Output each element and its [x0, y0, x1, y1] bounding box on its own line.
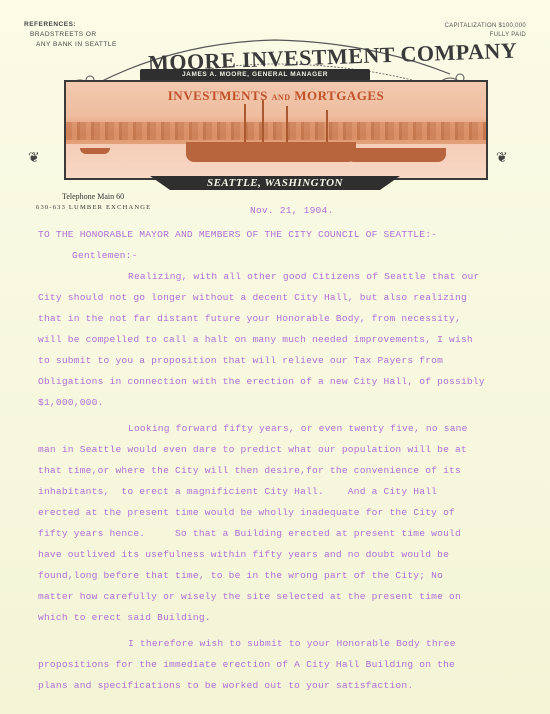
city-banner: SEATTLE, WASHINGTON [150, 176, 400, 190]
letter-line: fifty years hence. So that a Building er… [38, 528, 461, 539]
steamship [186, 142, 356, 162]
letter-line: I therefore wish to submit to your Honor… [128, 638, 456, 649]
letter-line: City should not go longer without a dece… [38, 292, 467, 303]
steamship [346, 148, 446, 162]
capitalization-amount: CAPITALIZATION $100,000 [445, 22, 526, 31]
letter-line: matter how carefully or wisely the site … [38, 591, 461, 602]
letter-line: Realizing, with all other good Citizens … [128, 271, 479, 282]
scroll-flourish-right: ❦ [496, 150, 508, 166]
small-boat [80, 148, 110, 154]
letter-line: have outlived its usefulness within fift… [38, 549, 449, 560]
letter-addressee: TO THE HONORABLE MAYOR AND MEMBERS OF TH… [38, 229, 437, 240]
letter-line: which to erect said Building. [38, 612, 211, 623]
letter-date: Nov. 21, 1904. [250, 205, 333, 216]
letter-line: will be compelled to call a halt on many… [38, 334, 473, 345]
letter-line: Obligations in connection with the erect… [38, 376, 485, 387]
letter-salutation: Gentlemen:- [72, 250, 138, 261]
business-investments: INVESTMENTS [168, 88, 268, 103]
letter-line: man in Seattle would even dare to predic… [38, 444, 467, 455]
references-heading: REFERENCES: [24, 20, 117, 30]
letter-line: Looking forward fifty years, or even twe… [128, 423, 468, 434]
letter-line: $1,000,000. [38, 397, 104, 408]
letter-line: plans and specifications to be worked ou… [38, 680, 413, 691]
letter-line: propositions for the immediate erection … [38, 659, 455, 670]
business-mortgages: MORTGAGES [294, 88, 384, 103]
city-skyline [66, 122, 486, 140]
letter-line: erected at the present time would be who… [38, 507, 455, 518]
letter-line: inhabitants, to erect a magnificient Cit… [38, 486, 437, 497]
business-title: INVESTMENTS AND MORTGAGES [66, 88, 486, 104]
harbor-photo: INVESTMENTS AND MORTGAGES [64, 80, 488, 180]
telephone: Telephone Main 60 [62, 192, 124, 201]
scroll-flourish-left: ❦ [28, 150, 40, 166]
letter-line: that time,or where the City will then de… [38, 465, 461, 476]
letter-line: found,long before that time, to be in th… [38, 570, 443, 581]
business-and: AND [272, 93, 291, 102]
letter-line: to submit to you a proposition that will… [38, 355, 443, 366]
letter-line: that in the not far distant future your … [38, 313, 461, 324]
office-address: 630-633 LUMBER EXCHANGE [36, 204, 151, 211]
